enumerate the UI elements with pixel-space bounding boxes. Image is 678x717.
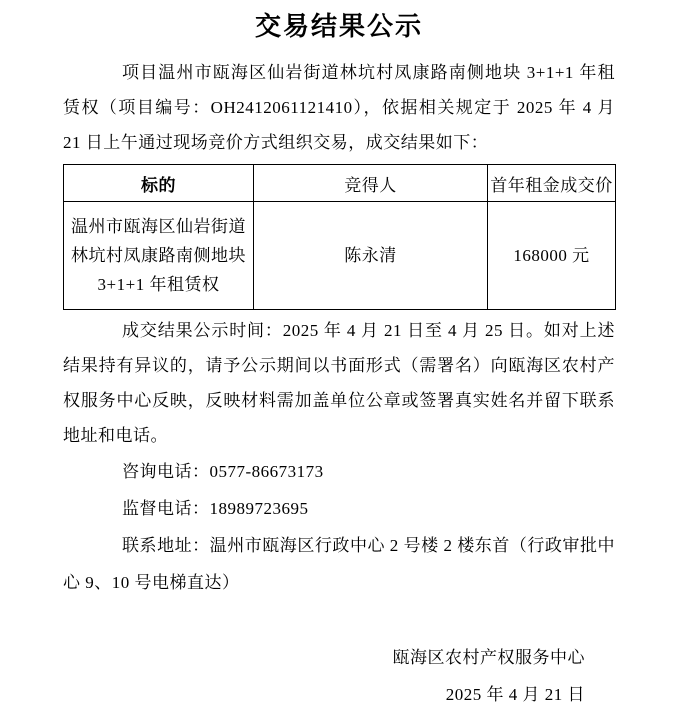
intro-paragraph: 项目温州市瓯海区仙岩街道林坑村凤康路南侧地块 3+1+1 年租赁权（项目编号：O… [63,55,615,160]
subject-line: 3+1+1 年租赁权 [64,270,253,299]
subject-cell: 温州市瓯海区仙岩街道 林坑村凤康路南侧地块 3+1+1 年租赁权 [64,202,254,310]
document-content: 交易结果公示 项目温州市瓯海区仙岩街道林坑村凤康路南侧地块 3+1+1 年租赁权… [0,0,678,713]
subject-line: 温州市瓯海区仙岩街道 [64,212,253,241]
table-row: 温州市瓯海区仙岩街道 林坑村凤康路南侧地块 3+1+1 年租赁权 陈永清 168… [64,202,616,310]
page-title: 交易结果公示 [63,0,615,45]
publicity-paragraph: 成交结果公示时间：2025 年 4 月 21 日至 4 月 25 日。如对上述结… [63,313,615,453]
table-header-row: 标的 竞得人 首年租金成交价 [64,165,616,202]
signature-date: 2025 年 4 月 21 日 [63,676,585,713]
price-cell: 168000 元 [488,202,616,310]
subject-line: 林坑村凤康路南侧地块 [64,241,253,270]
consult-phone-line: 咨询电话：0577-86673173 [63,453,615,490]
signature-org: 瓯海区农村产权服务中心 [63,639,585,676]
col-header-winner: 竞得人 [254,165,488,202]
address-line: 联系地址：温州市瓯海区行政中心 2 号楼 2 楼东首（行政审批中心 9、10 号… [63,527,615,601]
result-table-body: 温州市瓯海区仙岩街道 林坑村凤康路南侧地块 3+1+1 年租赁权 陈永清 168… [64,202,616,310]
document-page: 交易结果公示 项目温州市瓯海区仙岩街道林坑村凤康路南侧地块 3+1+1 年租赁权… [0,0,678,717]
result-table-header: 标的 竞得人 首年租金成交价 [64,165,616,202]
winner-cell: 陈永清 [254,202,488,310]
supervise-phone-line: 监督电话：18989723695 [63,490,615,527]
result-table: 标的 竞得人 首年租金成交价 温州市瓯海区仙岩街道 林坑村凤康路南侧地块 3+1… [63,164,616,310]
signature-block: 瓯海区农村产权服务中心 2025 年 4 月 21 日 [63,639,615,713]
col-header-price: 首年租金成交价 [488,165,616,202]
col-header-subject: 标的 [64,165,254,202]
